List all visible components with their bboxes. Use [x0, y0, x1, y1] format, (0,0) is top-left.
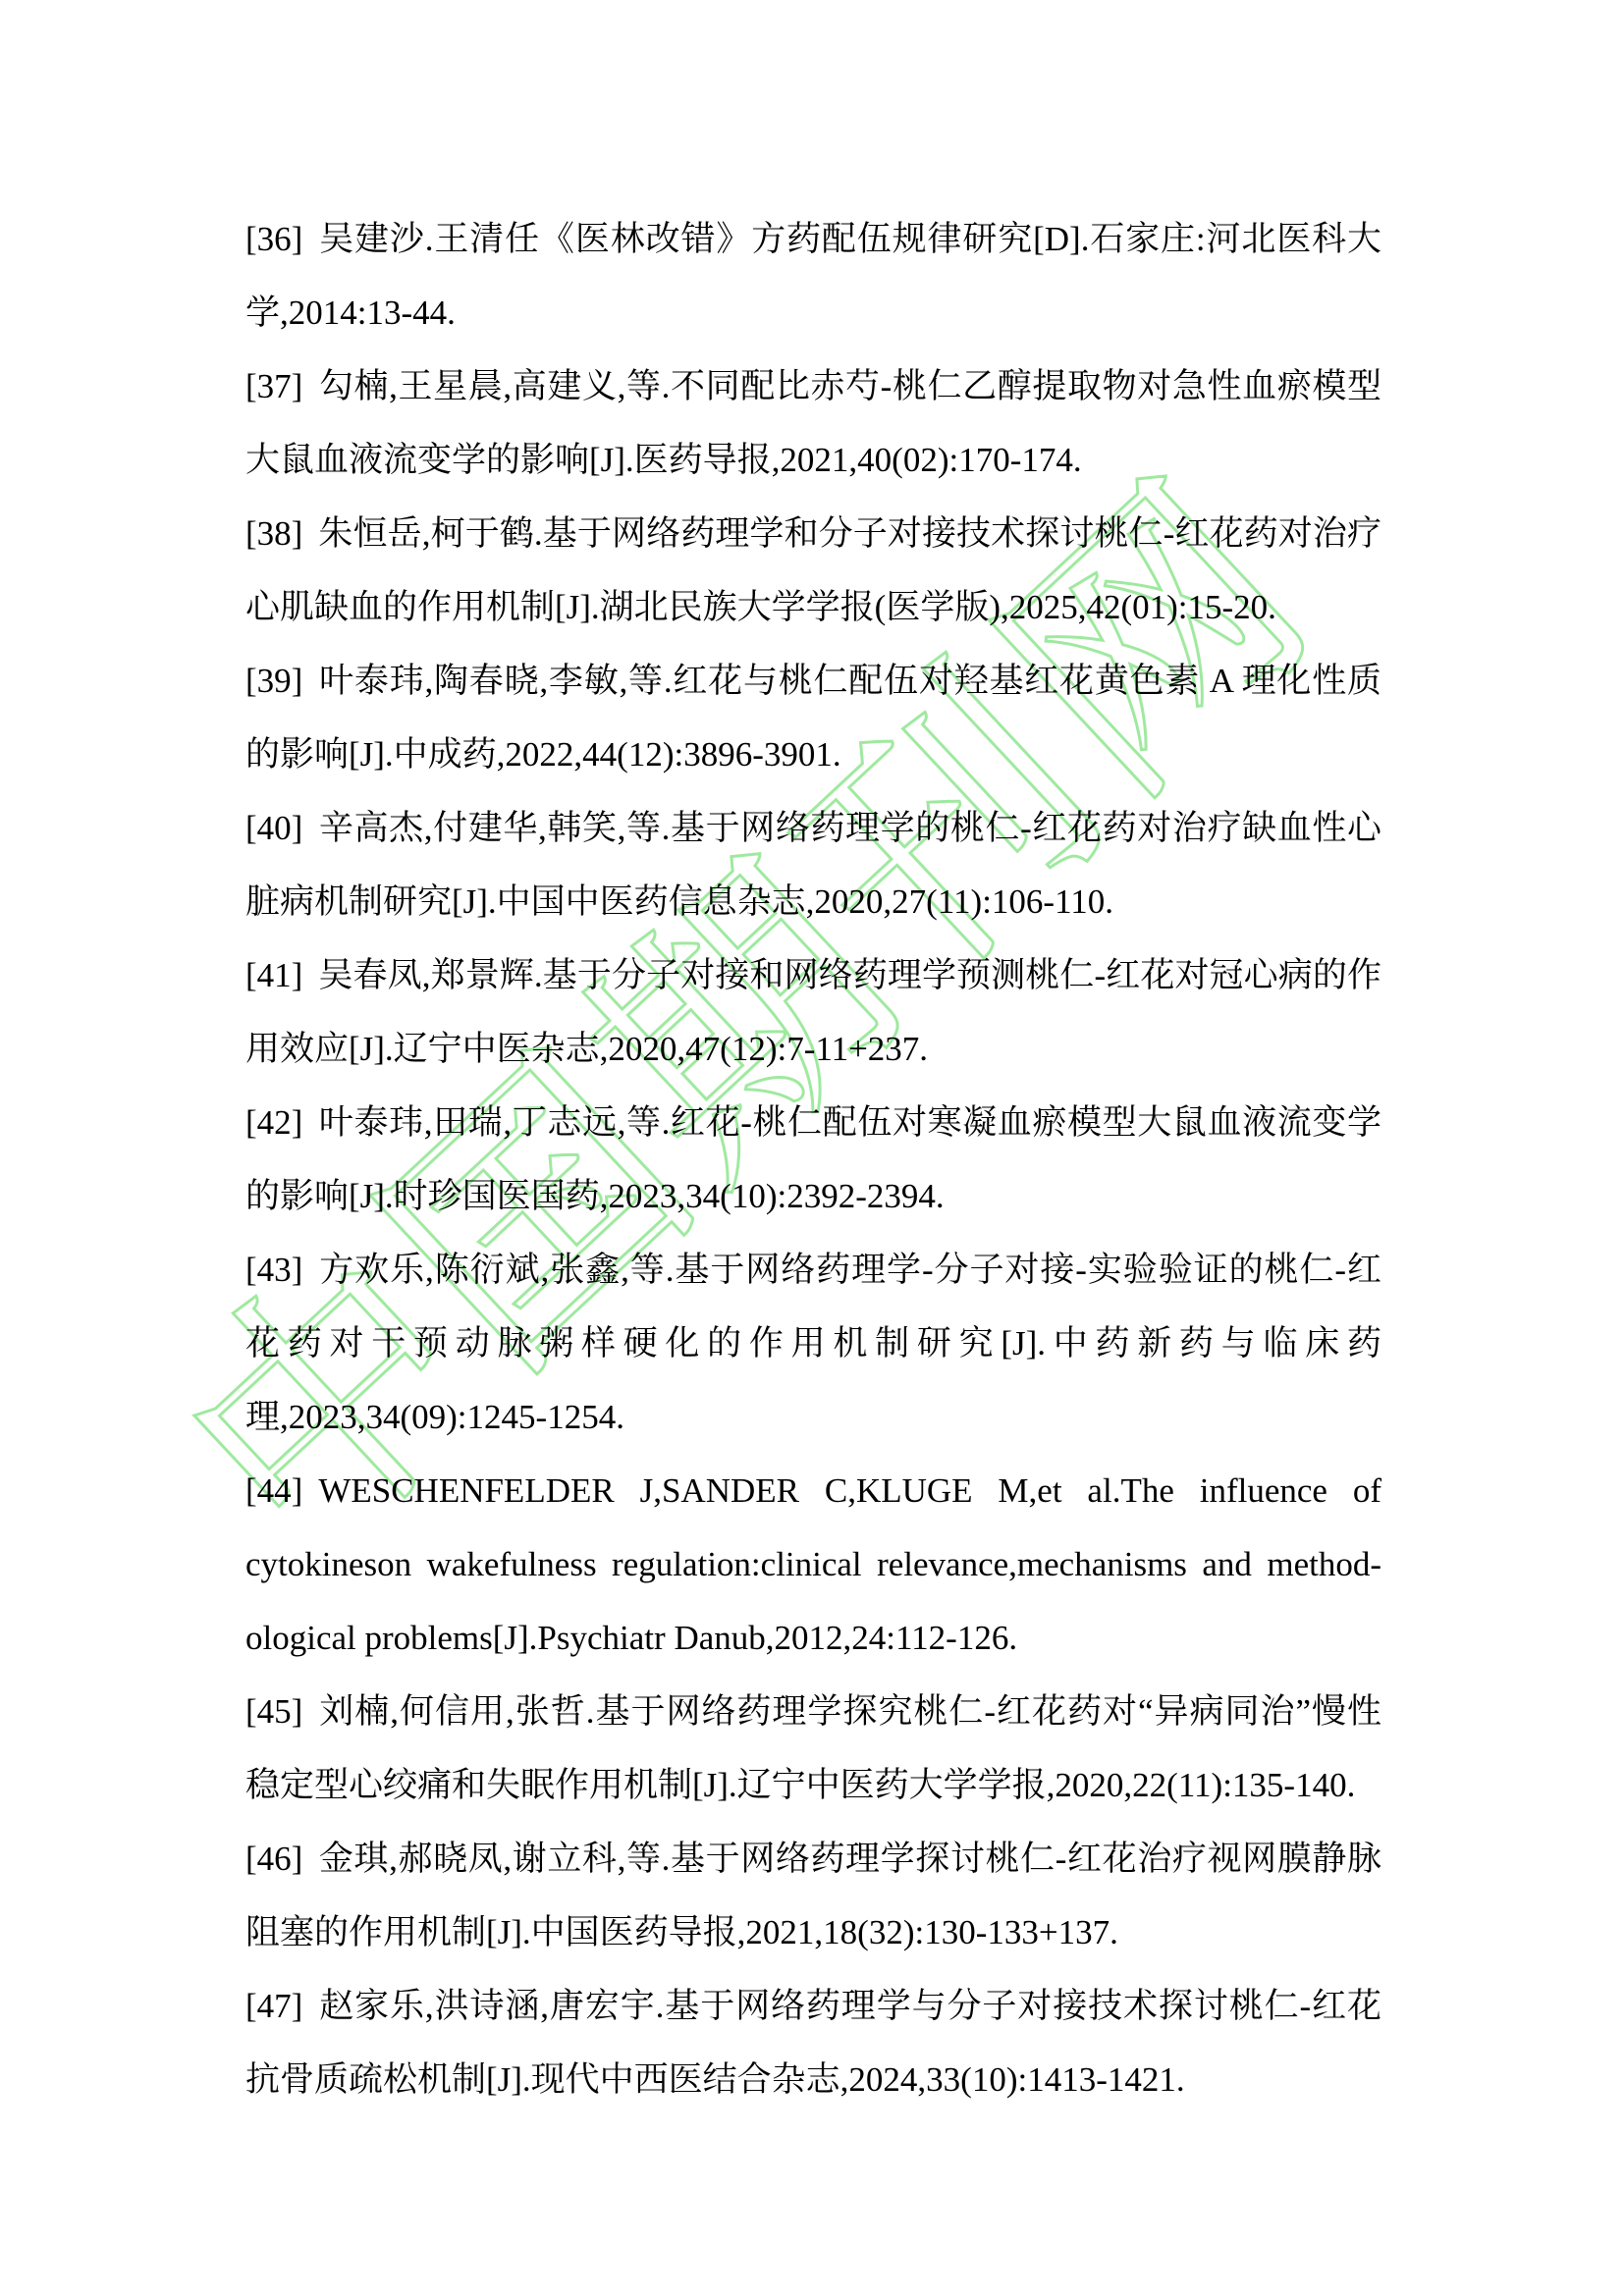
reference-text: 吴春凤,郑景辉.基于分子对接和网络药理学预测桃仁-红花对冠心病的作用效应[J].… [245, 956, 1381, 1068]
reference-item: [43]方欢乐,陈衍斌,张鑫,等.基于网络药理学-分子对接-实验验证的桃仁-红花… [245, 1233, 1381, 1454]
reference-text: 赵家乐,洪诗涵,唐宏宇.基于网络药理学与分子对接技术探讨桃仁-红花抗骨质疏松机制… [245, 1987, 1381, 2099]
reference-text: 朱恒岳,柯于鹤.基于网络药理学和分子对接技术探讨桃仁-红花药对治疗心肌缺血的作用… [245, 514, 1381, 626]
reference-label: [43] [245, 1251, 302, 1289]
reference-text: 金琪,郝晓凤,谢立科,等.基于网络药理学探讨桃仁-红花治疗视网膜静脉阻塞的作用机… [245, 1840, 1381, 1951]
reference-item: [41]吴春凤,郑景辉.基于分子对接和网络药理学预测桃仁-红花对冠心病的作用效应… [245, 938, 1381, 1086]
reference-text: 方欢乐,陈衍斌,张鑫,等.基于网络药理学-分子对接-实验验证的桃仁-红花药对干预… [245, 1251, 1381, 1436]
reference-item: [39]叶泰玮,陶春晓,李敏,等.红花与桃仁配伍对羟基红花黄色素 A 理化性质的… [245, 644, 1381, 791]
reference-item: [47]赵家乐,洪诗涵,唐宏宇.基于网络药理学与分子对接技术探讨桃仁-红花抗骨质… [245, 1969, 1381, 2116]
reference-text: 吴建沙.王清任《医林改错》方药配伍规律研究[D].石家庄:河北医科大学,2014… [245, 220, 1381, 332]
reference-text: 叶泰玮,田瑞,丁志远,等.红花-桃仁配伍对寒凝血瘀模型大鼠血液流变学的影响[J]… [245, 1103, 1381, 1215]
document-page: 中国期刊网 [36]吴建沙.王清任《医林改错》方药配伍规律研究[D].石家庄:河… [0, 0, 1624, 2296]
reference-item: [42]叶泰玮,田瑞,丁志远,等.红花-桃仁配伍对寒凝血瘀模型大鼠血液流变学的影… [245, 1086, 1381, 1233]
reference-item: [36]吴建沙.王清任《医林改错》方药配伍规律研究[D].石家庄:河北医科大学,… [245, 202, 1381, 349]
reference-label: [40] [245, 809, 302, 847]
reference-label: [47] [245, 1987, 302, 2025]
reference-item: [44]WESCHENFELDER J,SANDER C,KLUGE M,et … [245, 1454, 1381, 1675]
reference-item: [40]辛高杰,付建华,韩笑,等.基于网络药理学的桃仁-红花药对治疗缺血性心脏病… [245, 791, 1381, 938]
reference-item: [45]刘楠,何信用,张哲.基于网络药理学探究桃仁-红花药对“异病同治”慢性稳定… [245, 1675, 1381, 1822]
reference-label: [37] [245, 367, 302, 405]
reference-item: [38]朱恒岳,柯于鹤.基于网络药理学和分子对接技术探讨桃仁-红花药对治疗心肌缺… [245, 497, 1381, 644]
reference-label: [38] [245, 514, 302, 553]
reference-label: [36] [245, 220, 302, 258]
reference-item: [46]金琪,郝晓凤,谢立科,等.基于网络药理学探讨桃仁-红花治疗视网膜静脉阻塞… [245, 1822, 1381, 1969]
reference-item: [37]勾楠,王星晨,高建义,等.不同配比赤芍-桃仁乙醇提取物对急性血瘀模型大鼠… [245, 349, 1381, 497]
reference-label: [42] [245, 1103, 302, 1142]
reference-label: [46] [245, 1840, 302, 1878]
references-list: [36]吴建沙.王清任《医林改错》方药配伍规律研究[D].石家庄:河北医科大学,… [245, 202, 1381, 2116]
reference-text: WESCHENFELDER J,SANDER C,KLUGE M,et al.T… [245, 1471, 1381, 1657]
reference-label: [41] [245, 956, 302, 994]
reference-label: [39] [245, 662, 302, 700]
reference-text: 刘楠,何信用,张哲.基于网络药理学探究桃仁-红花药对“异病同治”慢性稳定型心绞痛… [245, 1692, 1381, 1804]
reference-text: 叶泰玮,陶春晓,李敏,等.红花与桃仁配伍对羟基红花黄色素 A 理化性质的影响[J… [245, 662, 1381, 774]
reference-label: [44] [245, 1471, 302, 1510]
reference-text: 勾楠,王星晨,高建义,等.不同配比赤芍-桃仁乙醇提取物对急性血瘀模型大鼠血液流变… [245, 367, 1381, 479]
reference-label: [45] [245, 1692, 302, 1731]
reference-text: 辛高杰,付建华,韩笑,等.基于网络药理学的桃仁-红花药对治疗缺血性心脏病机制研究… [245, 809, 1381, 921]
